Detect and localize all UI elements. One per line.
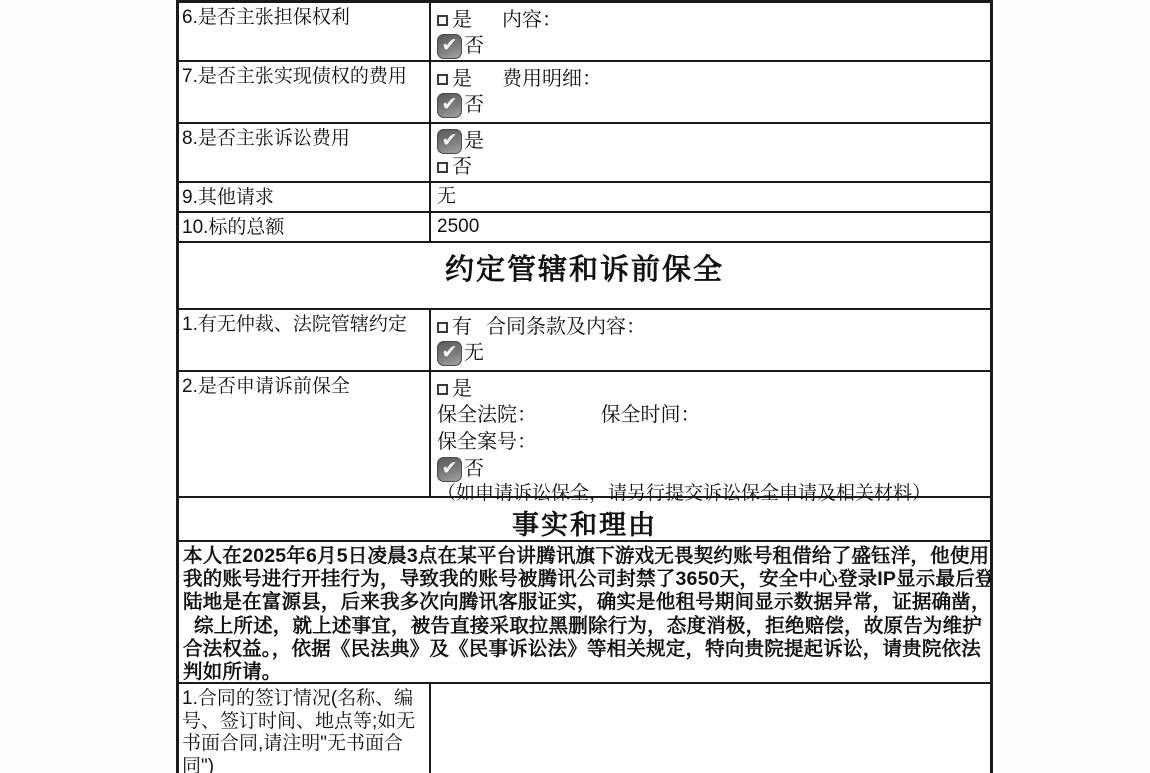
option-label: 是	[452, 8, 472, 32]
form-table: 6.是否主张担保权利 是 内容： ✔ 否 7.是否主张实现债权的费用 是	[176, 0, 993, 773]
option-suffix: 合同条款及内容：	[486, 315, 646, 339]
section-header-row: 事实和理由	[179, 498, 990, 542]
row-label: 7.是否主张实现债权的费用	[179, 62, 431, 122]
row-label: 1.合同的签订情况(名称、编号、签订时间、地点等;如无书面合同,请注明"无书面合…	[179, 684, 431, 773]
row-answer-cell: 是 费用明细： ✔ 否	[431, 62, 990, 122]
option-no: ✔ 否	[437, 33, 986, 59]
row-label: 8.是否主张诉讼费用	[179, 124, 431, 181]
row-answer-cell: 是 内容： ✔ 否	[431, 3, 990, 60]
option-yes: 是	[437, 376, 986, 402]
facts-line: 本人在2025年6月5日凌晨3点在某平台讲腾讯旗下游戏无畏契约账号租借给了盛钰洋…	[183, 545, 993, 568]
option-yes: 是 费用明细：	[437, 66, 986, 92]
option-label: 否	[464, 93, 484, 117]
row-label: 1.有无仲裁、法院管辖约定	[179, 310, 431, 370]
row-value: 无	[431, 183, 990, 211]
table-row-debt-realization-cost: 7.是否主张实现债权的费用 是 费用明细： ✔ 否	[179, 62, 990, 124]
table-row-guarantee-claim: 6.是否主张担保权利 是 内容： ✔ 否	[179, 3, 990, 62]
checked-checkbox-icon: ✔	[437, 93, 462, 118]
table-row-arbitration-agreement: 1.有无仲裁、法院管辖约定 有 合同条款及内容： ✔ 无	[179, 310, 990, 372]
table-row-litigation-fee: 8.是否主张诉讼费用 ✔ 是 否	[179, 124, 990, 183]
checked-checkbox-icon: ✔	[437, 129, 462, 154]
section-title: 事实和理由	[179, 498, 990, 540]
facts-line: 合法权益。，依据《民法典》及《民事诉讼法》等相关规定，特向贵院提起诉讼，请贵院依…	[183, 638, 993, 661]
option-label: 否	[464, 34, 484, 58]
option-none: ✔ 无	[437, 340, 986, 366]
option-label: 无	[464, 341, 484, 365]
option-label: 有	[452, 315, 472, 339]
option-suffix: 费用明细：	[502, 67, 602, 91]
preservation-time-field: 保全时间：	[601, 404, 701, 426]
row-answer-cell: 是 保全法院： 保全时间： 保全案号： ✔ 否 （如申请诉讼保全，请另行提交诉讼…	[431, 372, 990, 496]
unchecked-checkbox-icon	[437, 162, 448, 173]
facts-line: 我的账号进行开挂行为，导致我的账号被腾讯公司封禁了3650天，安全中心登录IP显…	[183, 568, 993, 591]
option-label: 是	[464, 129, 484, 153]
row-value: 2500	[431, 213, 990, 241]
option-yes: 是 内容：	[437, 7, 986, 33]
section-title: 约定管辖和诉前保全	[179, 243, 990, 308]
checked-checkbox-icon: ✔	[437, 341, 462, 366]
row-answer-cell: ✔ 是 否	[431, 124, 990, 181]
preservation-court-field: 保全法院：	[437, 404, 537, 426]
facts-paragraph-row: 本人在2025年6月5日凌晨3点在某平台讲腾讯旗下游戏无畏契约账号租借给了盛钰洋…	[179, 542, 990, 684]
row-value	[431, 684, 990, 773]
option-label: 否	[452, 155, 472, 179]
table-row-pre-litigation-preservation: 2.是否申请诉前保全 是 保全法院： 保全时间： 保全案号： ✔ 否 （如申请诉…	[179, 372, 990, 498]
table-row-contract-signing: 1.合同的签订情况(名称、编号、签订时间、地点等;如无书面合同,请注明"无书面合…	[179, 684, 990, 773]
checked-checkbox-icon: ✔	[437, 34, 462, 59]
option-yes: ✔ 是	[437, 128, 986, 154]
option-label: 否	[464, 457, 484, 481]
option-suffix: 内容：	[502, 8, 562, 32]
facts-line: 陆地是在富源县，后来我多次向腾讯客服证实，确实是他租号期间显示数据异常，证据确凿…	[183, 591, 993, 614]
row-label: 10.标的总额	[179, 213, 431, 241]
section-header-row: 约定管辖和诉前保全	[179, 243, 990, 310]
scanned-complaint-form-page: 6.是否主张担保权利 是 内容： ✔ 否 7.是否主张实现债权的费用 是	[0, 0, 1150, 773]
option-no: 否	[437, 154, 986, 180]
unchecked-checkbox-icon	[437, 322, 448, 333]
row-answer-cell: 有 合同条款及内容： ✔ 无	[431, 310, 990, 370]
table-row-total-amount: 10.标的总额 2500	[179, 213, 990, 243]
option-no: ✔ 否	[437, 92, 986, 118]
option-has: 有 合同条款及内容：	[437, 314, 986, 340]
preservation-court-time-fields: 保全法院： 保全时间：	[437, 402, 986, 429]
facts-line: 综上所述，就上述事宜，被告直接采取拉黑删除行为，态度消极，拒绝赔偿，故原告为维护	[183, 615, 993, 638]
unchecked-checkbox-icon	[437, 15, 448, 26]
unchecked-checkbox-icon	[437, 384, 448, 395]
unchecked-checkbox-icon	[437, 74, 448, 85]
option-label: 是	[452, 67, 472, 91]
preservation-case-field: 保全案号：	[437, 429, 986, 456]
table-row-other-claims: 9.其他请求 无	[179, 183, 990, 213]
row-label: 6.是否主张担保权利	[179, 3, 431, 60]
row-label: 9.其他请求	[179, 183, 431, 211]
option-no: ✔ 否	[437, 456, 986, 482]
facts-text: 本人在2025年6月5日凌晨3点在某平台讲腾讯旗下游戏无畏契约账号租借给了盛钰洋…	[179, 542, 993, 682]
option-label: 是	[452, 377, 472, 401]
checked-checkbox-icon: ✔	[437, 457, 462, 482]
facts-line: 判如所请。	[183, 661, 993, 684]
row-label: 2.是否申请诉前保全	[179, 372, 431, 496]
